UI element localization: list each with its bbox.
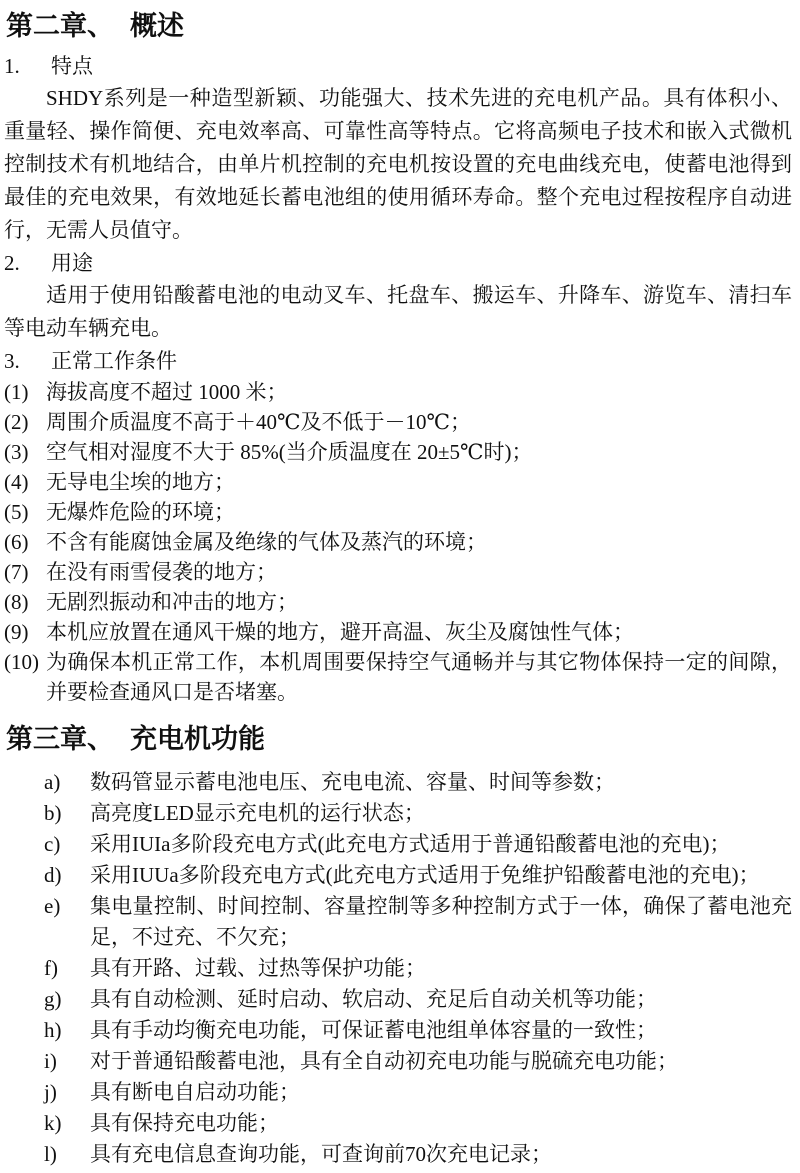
- function-item-i: i) 对于普通铅酸蓄电池，具有全自动初充电功能与脱硫充电功能；: [44, 1046, 792, 1077]
- function-letter: k): [44, 1108, 90, 1139]
- function-item-k: k) 具有保持充电功能；: [44, 1108, 792, 1139]
- condition-number: (3): [4, 437, 46, 467]
- function-text: 采用IUUa多阶段充电方式(此充电方式适用于免维护铅酸蓄电池的充电)；: [90, 860, 792, 891]
- condition-text: 无爆炸危险的环境；: [46, 497, 792, 527]
- function-text: 数码管显示蓄电池电压、充电电流、容量、时间等参数；: [90, 767, 792, 798]
- function-text: 具有自动检测、延时启动、软启动、充足后自动关机等功能；: [90, 984, 792, 1015]
- condition-text: 在没有雨雪侵袭的地方；: [46, 557, 792, 587]
- condition-number: (10): [4, 647, 46, 707]
- function-item-a: a) 数码管显示蓄电池电压、充电电流、容量、时间等参数；: [44, 767, 792, 798]
- condition-number: (8): [4, 587, 46, 617]
- function-letter: b): [44, 798, 90, 829]
- function-item-j: j) 具有断电自启动功能；: [44, 1077, 792, 1108]
- condition-item-9: (9) 本机应放置在通风干燥的地方，避开高温、灰尘及腐蚀性气体；: [4, 617, 792, 647]
- function-letter: c): [44, 829, 90, 860]
- function-item-d: d) 采用IUUa多阶段充电方式(此充电方式适用于免维护铅酸蓄电池的充电)；: [44, 860, 792, 891]
- function-letter: a): [44, 767, 90, 798]
- chapter2-title: 概述: [130, 11, 184, 41]
- function-letter: g): [44, 984, 90, 1015]
- condition-item-7: (7) 在没有雨雪侵袭的地方；: [4, 557, 792, 587]
- function-item-f: f) 具有开路、过载、过热等保护功能；: [44, 953, 792, 984]
- chapter2-number: 第二章、: [6, 11, 114, 41]
- function-letter: i): [44, 1046, 90, 1077]
- condition-number: (9): [4, 617, 46, 647]
- conditions-list: (1) 海拔高度不超过 1000 米； (2) 周围介质温度不高于＋40℃及不低…: [4, 377, 792, 707]
- function-item-e: e) 集电量控制、时间控制、容量控制等多种控制方式于一体，确保了蓄电池充足，不过…: [44, 891, 792, 953]
- condition-item-2: (2) 周围介质温度不高于＋40℃及不低于－10℃；: [4, 407, 792, 437]
- function-letter: l): [44, 1139, 90, 1170]
- condition-item-5: (5) 无爆炸危险的环境；: [4, 497, 792, 527]
- section-features-title: 特点: [51, 54, 93, 78]
- section-conditions-marker: 3.: [4, 345, 51, 377]
- section-usage-title: 用途: [51, 251, 93, 275]
- condition-item-6: (6) 不含有能腐蚀金属及绝缘的气体及蒸汽的环境；: [4, 527, 792, 557]
- usage-paragraph: 适用于使用铅酸蓄电池的电动叉车、托盘车、搬运车、升降车、游览车、清扫车等电动车辆…: [4, 279, 792, 345]
- function-letter: e): [44, 891, 90, 953]
- function-item-b: b) 高亮度LED显示充电机的运行状态；: [44, 798, 792, 829]
- function-letter: d): [44, 860, 90, 891]
- function-text: 集电量控制、时间控制、容量控制等多种控制方式于一体，确保了蓄电池充足，不过充、不…: [90, 891, 792, 953]
- section-conditions-heading: 3.正常工作条件: [4, 345, 792, 377]
- chapter3-number: 第三章、: [6, 724, 114, 754]
- function-item-l: l) 具有充电信息查询功能，可查询前70次充电记录；: [44, 1139, 792, 1170]
- condition-text: 不含有能腐蚀金属及绝缘的气体及蒸汽的环境；: [46, 527, 792, 557]
- condition-item-10: (10) 为确保本机正常工作，本机周围要保持空气通畅并与其它物体保持一定的间隙，…: [4, 647, 792, 707]
- condition-text: 空气相对湿度不大于 85%(当介质温度在 20±5℃时)；: [46, 437, 792, 467]
- functions-list: a) 数码管显示蓄电池电压、充电电流、容量、时间等参数； b) 高亮度LED显示…: [4, 767, 792, 1170]
- condition-text: 无导电尘埃的地方；: [46, 467, 792, 497]
- function-text: 具有断电自启动功能；: [90, 1077, 792, 1108]
- function-text: 对于普通铅酸蓄电池，具有全自动初充电功能与脱硫充电功能；: [90, 1046, 792, 1077]
- function-text: 具有开路、过载、过热等保护功能；: [90, 953, 792, 984]
- function-item-c: c) 采用IUIa多阶段充电方式(此充电方式适用于普通铅酸蓄电池的充电)；: [44, 829, 792, 860]
- condition-text: 海拔高度不超过 1000 米；: [46, 377, 792, 407]
- section-usage-heading: 2.用途: [4, 247, 792, 279]
- function-item-h: h) 具有手动均衡充电功能，可保证蓄电池组单体容量的一致性；: [44, 1015, 792, 1046]
- condition-text: 周围介质温度不高于＋40℃及不低于－10℃；: [46, 407, 792, 437]
- function-text: 具有保持充电功能；: [90, 1108, 792, 1139]
- function-text: 具有充电信息查询功能，可查询前70次充电记录；: [90, 1139, 792, 1170]
- condition-number: (1): [4, 377, 46, 407]
- function-text: 高亮度LED显示充电机的运行状态；: [90, 798, 792, 829]
- condition-number: (2): [4, 407, 46, 437]
- section-usage-marker: 2.: [4, 247, 51, 279]
- condition-item-4: (4) 无导电尘埃的地方；: [4, 467, 792, 497]
- condition-number: (5): [4, 497, 46, 527]
- section-features-heading: 1.特点: [4, 50, 792, 82]
- condition-item-3: (3) 空气相对湿度不大于 85%(当介质温度在 20±5℃时)；: [4, 437, 792, 467]
- condition-item-8: (8) 无剧烈振动和冲击的地方；: [4, 587, 792, 617]
- chapter2-heading: 第二章、概述: [6, 8, 792, 44]
- function-item-g: g) 具有自动检测、延时启动、软启动、充足后自动关机等功能；: [44, 984, 792, 1015]
- function-text: 具有手动均衡充电功能，可保证蓄电池组单体容量的一致性；: [90, 1015, 792, 1046]
- condition-text: 无剧烈振动和冲击的地方；: [46, 587, 792, 617]
- section-features-marker: 1.: [4, 50, 51, 82]
- function-text: 采用IUIa多阶段充电方式(此充电方式适用于普通铅酸蓄电池的充电)；: [90, 829, 792, 860]
- condition-text: 为确保本机正常工作，本机周围要保持空气通畅并与其它物体保持一定的间隙，并要检查通…: [46, 647, 792, 707]
- chapter3-heading: 第三章、充电机功能: [6, 721, 792, 757]
- manual-document-page: 第二章、概述 1.特点 SHDY系列是一种造型新颖、功能强大、技术先进的充电机产…: [0, 0, 800, 1173]
- condition-number: (7): [4, 557, 46, 587]
- condition-number: (6): [4, 527, 46, 557]
- section-conditions-title: 正常工作条件: [51, 349, 177, 373]
- chapter3-title: 充电机功能: [130, 724, 265, 754]
- condition-item-1: (1) 海拔高度不超过 1000 米；: [4, 377, 792, 407]
- function-letter: f): [44, 953, 90, 984]
- function-letter: h): [44, 1015, 90, 1046]
- features-paragraph: SHDY系列是一种造型新颖、功能强大、技术先进的充电机产品。具有体积小、重量轻、…: [4, 82, 792, 247]
- function-letter: j): [44, 1077, 90, 1108]
- condition-number: (4): [4, 467, 46, 497]
- condition-text: 本机应放置在通风干燥的地方，避开高温、灰尘及腐蚀性气体；: [46, 617, 792, 647]
